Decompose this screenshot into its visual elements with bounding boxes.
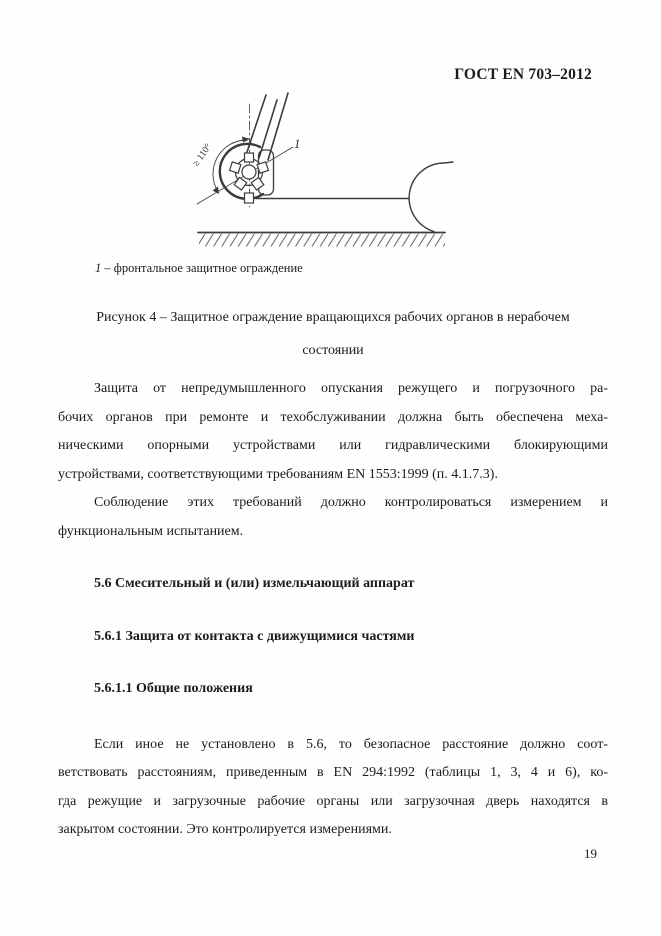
text-line: Если иное не установлено в 5.6, то безоп… <box>58 731 608 760</box>
text-line: устройствами, соответствующими требовани… <box>58 461 608 490</box>
paragraph: Соблюдение этих требований должно контро… <box>58 489 608 546</box>
figure-title: Рисунок 4 – Защитное ограждение вращающи… <box>58 301 608 367</box>
roller-arc <box>409 162 453 232</box>
figure-key: 1 – фронтальное защитное ограждение <box>95 261 303 276</box>
paragraph: Защита от непредумышленного опускания ре… <box>58 375 608 489</box>
text-line: Соблюдение этих требований должно контро… <box>58 489 608 518</box>
section-heading: 5.6 Смесительный и (или) измельчающий ап… <box>58 570 608 599</box>
arrowhead-top <box>242 137 250 143</box>
section-heading: 5.6.1 Защита от контакта с движущимися ч… <box>58 623 608 652</box>
figure-key-number: 1 <box>95 261 101 275</box>
section-heading: 5.6.1.1 Общие положения <box>58 675 608 704</box>
ground-hatching <box>198 233 445 247</box>
paragraph: Если иное не установлено в 5.6, то безоп… <box>58 731 608 845</box>
figure-title-line: состоянии <box>58 334 608 367</box>
text-line: Защита от непредумышленного опускания ре… <box>58 375 608 404</box>
figure-4-drawing: ≥ 110° 1 <box>150 88 470 253</box>
text-line: ветствовать расстояниям, приведенным в E… <box>58 759 608 788</box>
rotor-and-guard <box>220 144 274 203</box>
angle-label: ≥ 110° <box>190 142 214 169</box>
figure-title-line: Рисунок 4 – Защитное ограждение вращающи… <box>58 301 608 334</box>
text-line: бочих органов при ремонте и техобслужива… <box>58 404 608 433</box>
text-line: ническими опорными устройствами или гидр… <box>58 432 608 461</box>
document-page: ГОСТ EN 703–2012 <box>0 0 661 936</box>
text-line: гда режущие и загрузочные рабочие органы… <box>58 788 608 817</box>
bottom-lug <box>245 193 254 203</box>
part-number-label: 1 <box>294 137 300 151</box>
rotor-hub <box>242 165 256 179</box>
text-line: функциональным испытанием. <box>58 518 608 547</box>
content-blocks: Защита от непредумышленного опускания ре… <box>58 375 608 845</box>
standard-number-header: ГОСТ EN 703–2012 <box>454 66 592 84</box>
text-line: закрытом состоянии. Это контролируется и… <box>58 816 608 845</box>
page-number: 19 <box>584 846 597 862</box>
figure-key-text: – фронтальное защитное ограждение <box>104 261 302 275</box>
